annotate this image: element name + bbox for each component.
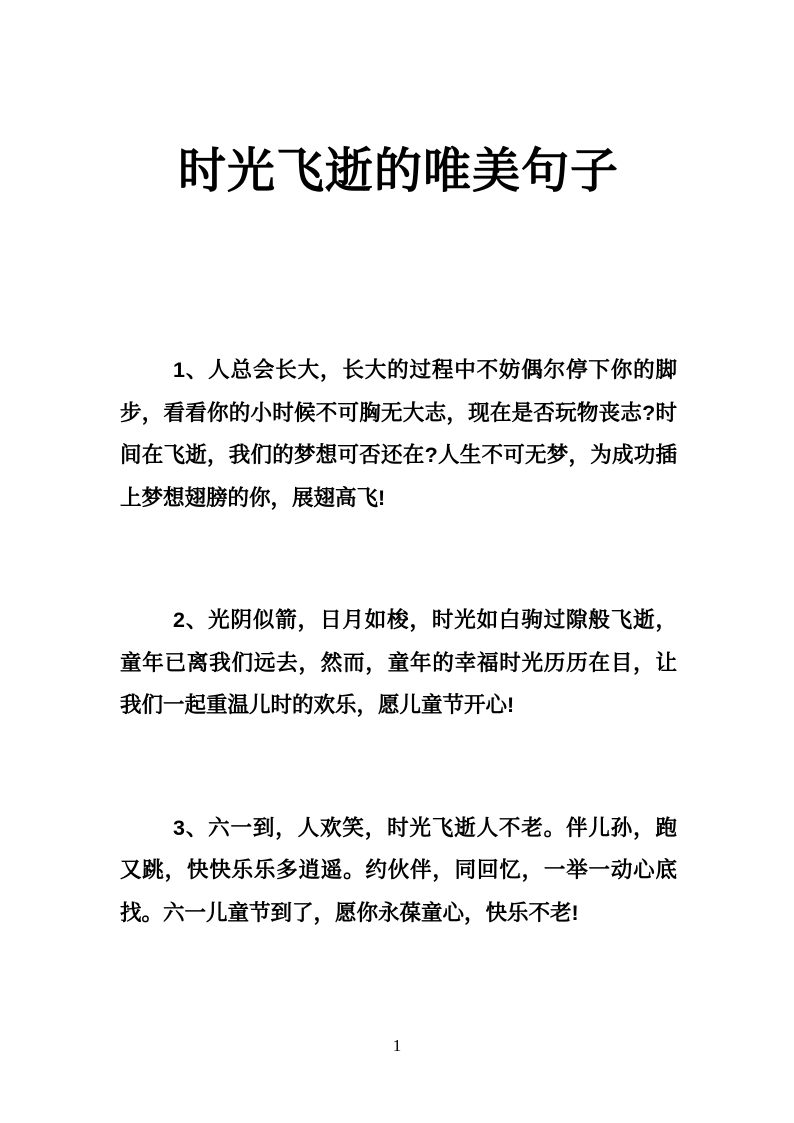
page-number: 1 [0,1036,794,1056]
paragraph-1: 1、人总会长大，长大的过程中不妨偶尔停下你的脚步，看看你的小时候不可胸无大志，现… [120,349,677,519]
document-title: 时光飞逝的唯美句子 [120,138,677,206]
paragraph-2: 2、光阴似箭，日月如梭，时光如白驹过隙般飞逝，童年已离我们远去，然而，童年的幸福… [120,599,677,727]
document-page: 时光飞逝的唯美句子 1、人总会长大，长大的过程中不妨偶尔停下你的脚步，看看你的小… [0,0,794,1123]
paragraph-3: 3、六一到，人欢笑，时光飞逝人不老。伴儿孙，跑又跳，快快乐乐多逍遥。约伙伴，同回… [120,807,677,935]
